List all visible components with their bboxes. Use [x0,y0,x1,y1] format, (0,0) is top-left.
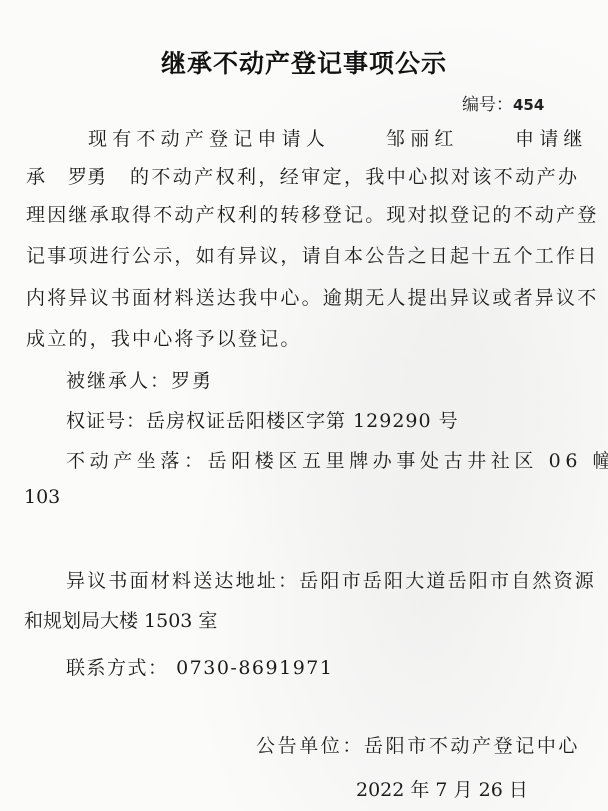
body-line-2-prefix: 承 [26,162,45,189]
location-value-line-1: 岳阳楼区五里牌办事处古井社区 06 幢 [208,450,608,472]
notice-date: 2022 年 7 月 26 日 [356,775,528,802]
objection-address-field: 异议书面材料送达地址：岳阳市岳阳大道岳阳市自然资源 [66,566,596,593]
body-line-6: 成立的，我中心将予以登记。 [26,324,302,351]
notice-page: 继承不动产登记事项公示 编号：454 现有不动产登记申请人 邹丽红 申请继 承 … [0,0,608,811]
certificate-label: 权证号： [66,410,146,432]
contact-label: 联系方式： [66,657,169,679]
decedent-inline: 罗勇 [68,162,106,189]
objection-address-line-2: 和规划局大楼 1503 室 [24,606,217,633]
contact-field: 联系方式： 0730-8691971 [66,653,333,680]
decedent-field: 被继承人：罗勇 [66,366,213,393]
body-line-4: 记事项进行公示，如有异议，请自本公告之日起十五个工作日 [26,241,598,268]
objection-address-label: 异议书面材料送达地址： [66,570,299,592]
body-line-1-prefix: 现有不动产登记申请人 [88,128,330,150]
applicant-name: 邹丽红 [386,124,459,151]
certificate-value: 岳房权证岳阳楼区字第 129290 号 [146,410,459,432]
decedent-value: 罗勇 [171,370,213,392]
document-number: 编号：454 [462,90,544,115]
issuer-label: 公告单位： [256,735,364,757]
location-value-line-2: 103 [24,486,60,508]
document-number-value: 454 [513,96,544,114]
document-title: 继承不动产登记事项公示 [0,44,608,80]
certificate-field: 权证号：岳房权证岳阳楼区字第 129290 号 [66,406,459,433]
body-line-5: 内将异议书面材料送达我中心。逾期无人提出异议或者异议不 [26,283,598,310]
body-line-2-suffix: 的不动产权利，经审定，我中心拟对该不动产办 [130,162,579,189]
issuer-field: 公告单位：岳阳市不动产登记中心 [256,731,580,758]
body-line-1: 现有不动产登记申请人 [88,124,330,151]
body-line-1-suffix: 申请继 [515,124,588,151]
document-number-label: 编号： [462,95,513,115]
issuer-value: 岳阳市不动产登记中心 [364,735,580,757]
contact-value: 0730-8691971 [176,657,333,679]
body-line-3: 理因继承取得不动产权利的转移登记。现对拟登记的不动产登 [26,200,598,227]
decedent-label: 被继承人： [66,370,171,392]
objection-address-line-1: 岳阳市岳阳大道岳阳市自然资源 [299,570,596,592]
location-field: 不动产坐落：岳阳楼区五里牌办事处古井社区 06 幢 [66,446,608,473]
location-label: 不动产坐落： [66,450,208,472]
